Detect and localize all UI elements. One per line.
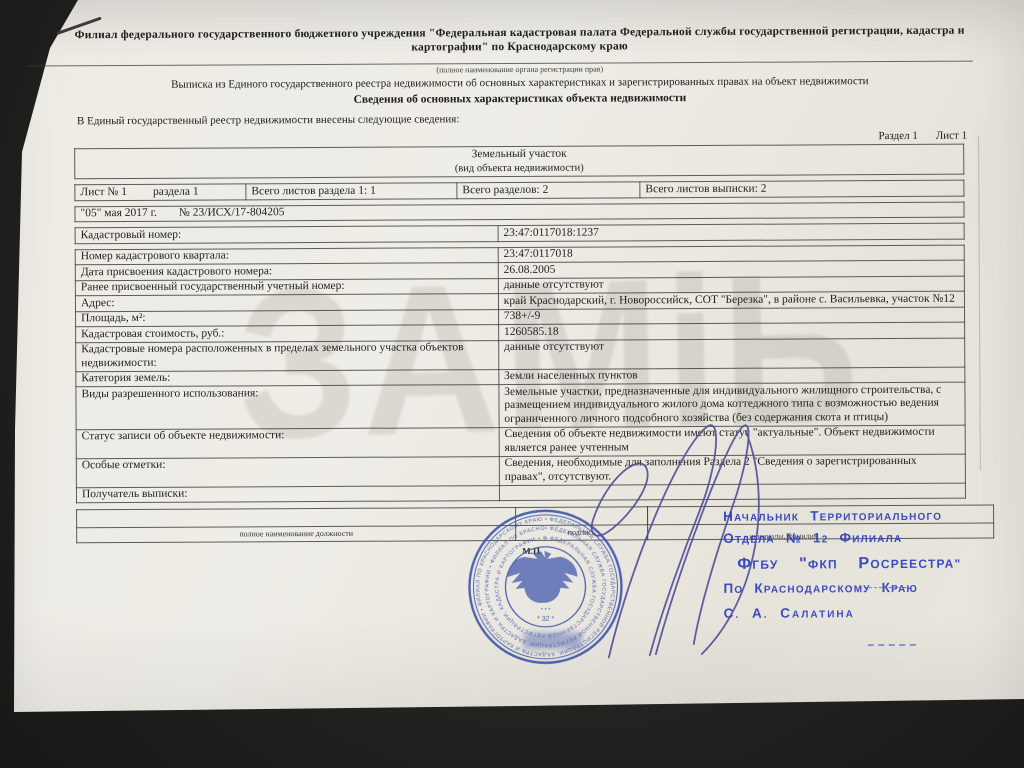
- row-label: Кадастровые номера расположенных в преде…: [76, 340, 499, 371]
- table-row: Особые отметки:Сведения, необходимые для…: [76, 454, 965, 488]
- row-value: данные отсутствуют: [498, 338, 964, 369]
- table-row: Кадастровый номер: 23:47:0117018:1237: [75, 223, 964, 243]
- date-number-table: "05" мая 2017 г.№ 23/ИСХ/17-804205: [74, 201, 964, 222]
- svg-text:* * *: * * *: [541, 608, 551, 614]
- document-content: ЗАМіЬ Филиал федерального государственно…: [0, 0, 1024, 768]
- table-row: Виды разрешенного использования:Земельны…: [76, 382, 965, 429]
- sheets-table: Лист № 1раздела 1 Всего листов раздела 1…: [74, 180, 964, 201]
- total-sheets-extract-cell: Всего листов выписки: 2: [640, 180, 964, 197]
- position-write-cell: [77, 507, 516, 527]
- org-name: Филиал федерального государственного бюд…: [74, 24, 966, 57]
- stamp-text-line: С. А. Салатина: [724, 605, 855, 621]
- row-value: 23:47:0117018:1237: [498, 223, 964, 241]
- stamp-text-line: отдела № 12 филиала: [723, 530, 902, 546]
- row-label: Кадастровый номер:: [75, 226, 498, 244]
- stamp-text-line: Начальник Территориального: [723, 508, 942, 524]
- total-sections-cell: Всего разделов: 2: [457, 182, 640, 198]
- doc-title: Выписка из Единого государственного реес…: [74, 75, 966, 92]
- object-type-table: Земельный участок (вид объекта недвижимо…: [74, 144, 964, 180]
- sheet-number-cell: Лист № 1раздела 1: [75, 184, 246, 200]
- details-table: Номер кадастрового квартала:23:47:011701…: [75, 244, 966, 503]
- intro-line: В Единый государственный реестр недвижим…: [77, 113, 459, 127]
- table-row: Кадастровые номера расположенных в преде…: [76, 338, 965, 372]
- section-sheet-label: Раздел 1Лист 1: [878, 130, 967, 142]
- cadastral-number-table: Кадастровый номер: 23:47:0117018:1237: [75, 223, 965, 244]
- photo-scene: ЗАМіЬ Филиал федерального государственно…: [0, 0, 1024, 768]
- position-caption: полное наименование должности: [77, 525, 516, 542]
- doc-subtitle: Сведения об основных характеристиках объ…: [74, 91, 966, 108]
- stamp-text-line: ФГБУ "ФКП Росреестра": [737, 554, 961, 574]
- tables-area: Земельный участок (вид объекта недвижимо…: [74, 144, 966, 544]
- table-row: Статус записи об объекте недвижимости:Св…: [76, 425, 965, 459]
- doc-date: "05" мая 2017 г.: [80, 207, 156, 219]
- section-label: Раздел 1: [878, 130, 917, 142]
- paper-crease: [978, 136, 981, 471]
- row-label: Виды разрешенного использования:: [76, 385, 499, 430]
- blue-dashes: [868, 644, 916, 646]
- table-row: Получатель выписки:: [76, 483, 965, 503]
- table-row: "05" мая 2017 г.№ 23/ИСХ/17-804205: [75, 202, 964, 222]
- row-label: Получатель выписки:: [76, 485, 499, 503]
- doc-number: № 23/ИСХ/17-804205: [179, 206, 285, 219]
- svg-text:* 32 *: * 32 *: [537, 616, 554, 623]
- total-sheets-section-cell: Всего листов раздела 1: 1: [246, 183, 457, 200]
- table-row: Лист № 1раздела 1 Всего листов раздела 1…: [75, 180, 964, 200]
- row-label: Особые отметки:: [76, 456, 499, 487]
- date-number-cell: "05" мая 2017 г.№ 23/ИСХ/17-804205: [75, 202, 964, 222]
- row-label: Статус записи об объекте недвижимости:: [76, 427, 499, 458]
- sheet-label: Лист 1: [936, 130, 967, 142]
